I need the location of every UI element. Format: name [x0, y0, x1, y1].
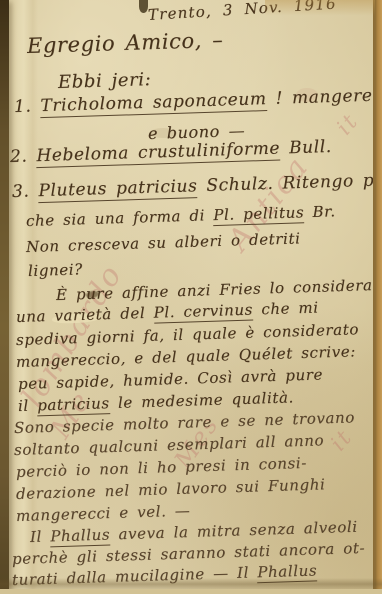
handwriting-segment: Il [30, 527, 51, 546]
underlined-species-name: Phallus [50, 525, 110, 547]
handwriting-segment: Bull. [280, 137, 332, 159]
handwriting-segment: lignei? [28, 260, 83, 280]
underlined-species-name: Pl. cervinus [153, 301, 253, 324]
page-top-right-corner-shadow [265, 0, 375, 24]
handwriting-segment: Ebbi jeri: [58, 69, 152, 93]
page-bottom-edge [0, 589, 382, 594]
handwriting-segment: ! mangereccio [266, 85, 382, 109]
handwriting-line: Ebbi jeri: [58, 69, 152, 93]
underlined-species-name: patricius [37, 394, 110, 416]
handwriting-segment: 2. [10, 146, 37, 167]
handwriting-segment: 1. [14, 96, 41, 117]
handwriting-segment: il [18, 396, 38, 415]
underlined-species-name: Pl. pellitus [213, 203, 304, 226]
handwriting-segment: Br. [304, 202, 336, 221]
scanned-letter-page: { "colors": { "paper": "#d9cba1", "ink":… [0, 0, 382, 594]
page-right-edge [373, 0, 382, 594]
page-bottom-shadow [0, 578, 382, 589]
handwriting-segment: 3. [12, 181, 39, 202]
page-left-edge [0, 0, 9, 594]
binding-notch [139, 0, 148, 13]
handwriting-line: lignei? [28, 260, 83, 280]
paper-crease [12, 0, 38, 594]
handwriting-segment: che mi [253, 298, 319, 318]
